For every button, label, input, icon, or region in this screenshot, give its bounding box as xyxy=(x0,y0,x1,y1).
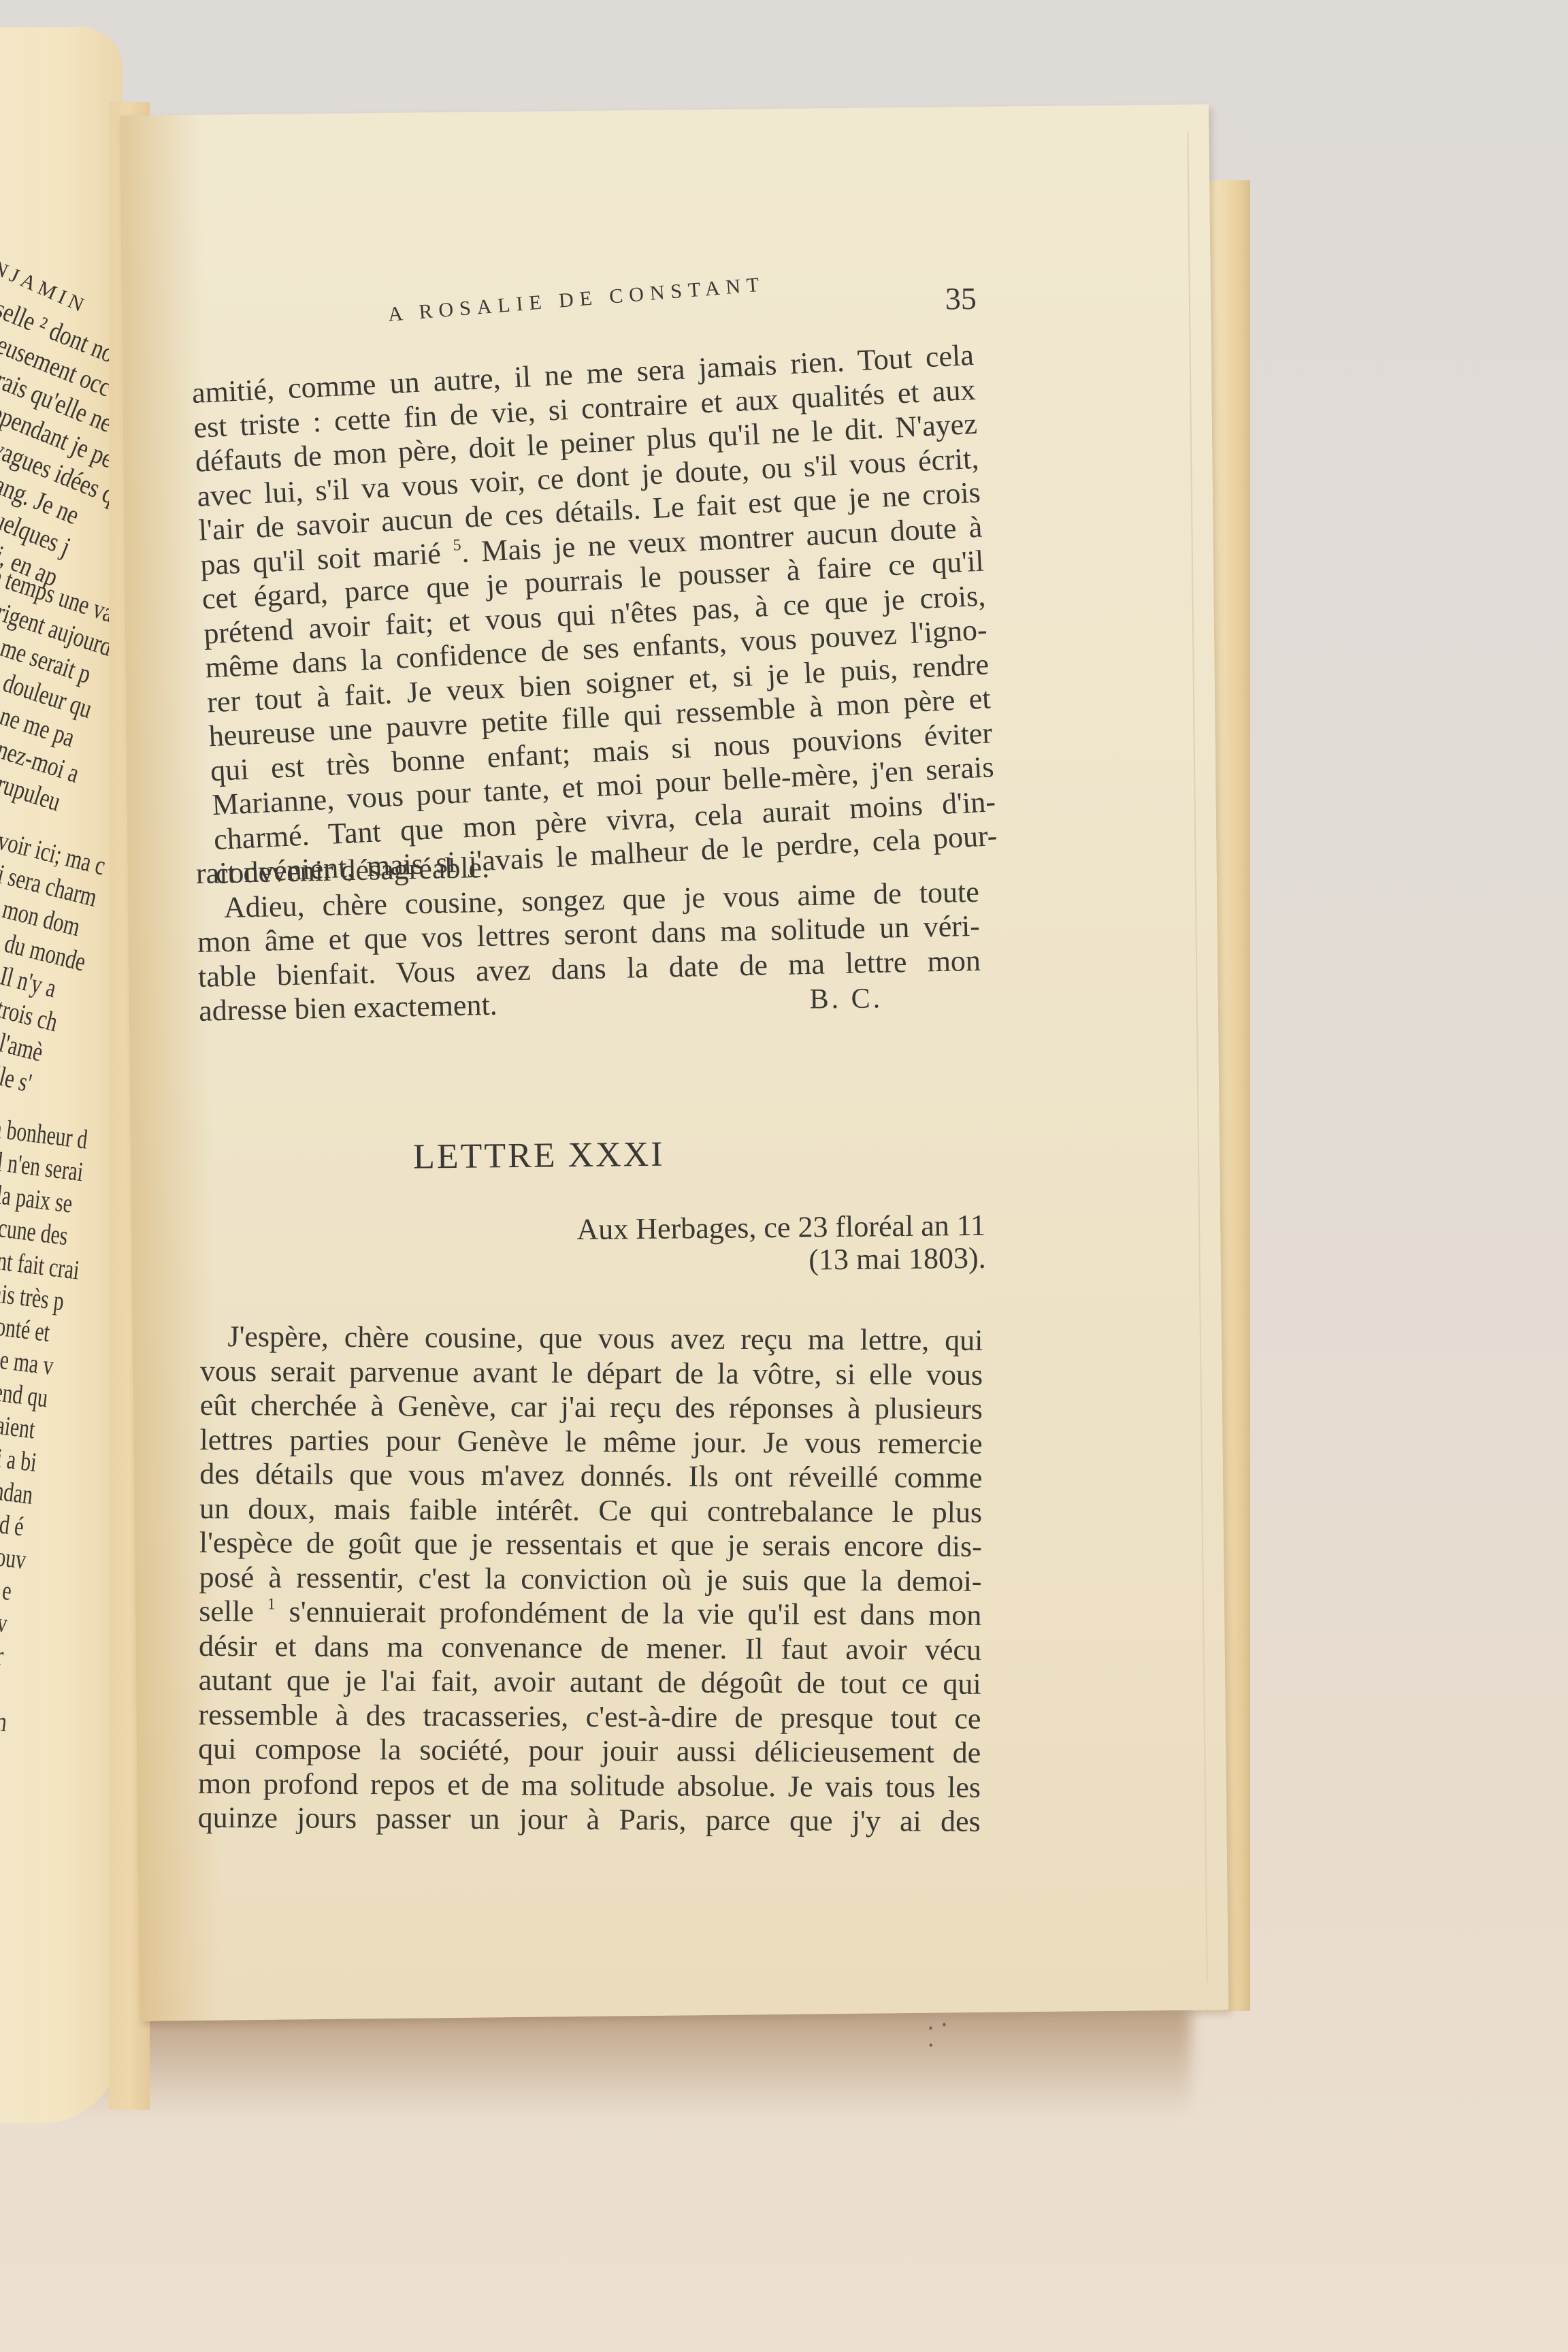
footnote-ref: 1 xyxy=(267,1595,276,1613)
text-line: un doux, mais faible intérêt. Ce qui con… xyxy=(199,1491,982,1530)
text-line: quinze jours passer un jour à Paris, par… xyxy=(198,1801,981,1840)
text-line: eût cherchée à Genève, car j'ai reçu des… xyxy=(200,1388,983,1427)
text-line: des détails que vous m'avez donnés. Ils … xyxy=(199,1457,982,1496)
dateline-place-date: Aux Herbages, ce 23 floréal an 11 xyxy=(576,1209,985,1246)
left-page-text-block-3: me voir ici; ma c rt qui sera charm à to… xyxy=(0,817,122,1120)
text-line: qui compose la société, pour jouir aussi… xyxy=(198,1732,981,1771)
text-line: vous serait parvenue avant le départ de … xyxy=(200,1354,983,1392)
text-line: ressemble à des tracasseries, c'est-à-di… xyxy=(198,1697,981,1736)
paper-specks xyxy=(120,104,1209,116)
previous-letter-text: amitié, comme un autre, il ne me sera ja… xyxy=(191,338,998,892)
text-line: selle 1 s'ennuierait profondément de la … xyxy=(199,1595,981,1633)
left-page-text-block-2: ême temps une vale ne dirigent aujourd'h… xyxy=(0,551,122,866)
left-page-text-block-1: oiselle ² dont nous avons sérieusement o… xyxy=(0,286,122,612)
dateline: Aux Herbages, ce 23 floréal an 11 (13 ma… xyxy=(576,1209,986,1279)
deckle-edge xyxy=(1187,132,1207,1983)
text-line: mon profond repos et de ma solitude abso… xyxy=(198,1766,981,1805)
letter-body: J'espère, chère cousine, que vous avez r… xyxy=(198,1320,983,1840)
letter-heading: LETTRE XXXI xyxy=(413,1134,665,1177)
left-page: NJAMIN oiselle ² dont nous avons sérieus… xyxy=(0,27,122,2123)
text-line: lettres parties pour Genève le même jour… xyxy=(199,1422,982,1461)
page-number: 35 xyxy=(945,280,977,316)
right-page: A ROSALIE DE CONSTANT 35 amitié, comme u… xyxy=(120,104,1228,2021)
book-shadow xyxy=(0,2008,1191,2117)
dateline-gregorian: (13 mai 1803). xyxy=(577,1242,986,1279)
text-line: J'espère, chère cousine, que vous avez r… xyxy=(200,1320,983,1358)
signature: B. C. xyxy=(809,982,883,1015)
text-fragment: selle xyxy=(199,1595,254,1628)
text-line: l'espèce de goût que je ressentais et qu… xyxy=(199,1526,982,1565)
running-head: A ROSALIE DE CONSTANT xyxy=(387,273,766,326)
text-line: posé à ressentir, c'est la conviction où… xyxy=(199,1560,981,1599)
text-fragment: s'ennuierait profondément de la vie qu'i… xyxy=(276,1595,982,1631)
text-line: autant que je l'ai fait, avoir autant de… xyxy=(199,1663,981,1702)
left-page-text-block-4: Son bonheur d nd il n'en serai que la pa… xyxy=(0,1109,122,1782)
text-line: désir et dans ma convenance de mener. Il… xyxy=(199,1629,981,1667)
